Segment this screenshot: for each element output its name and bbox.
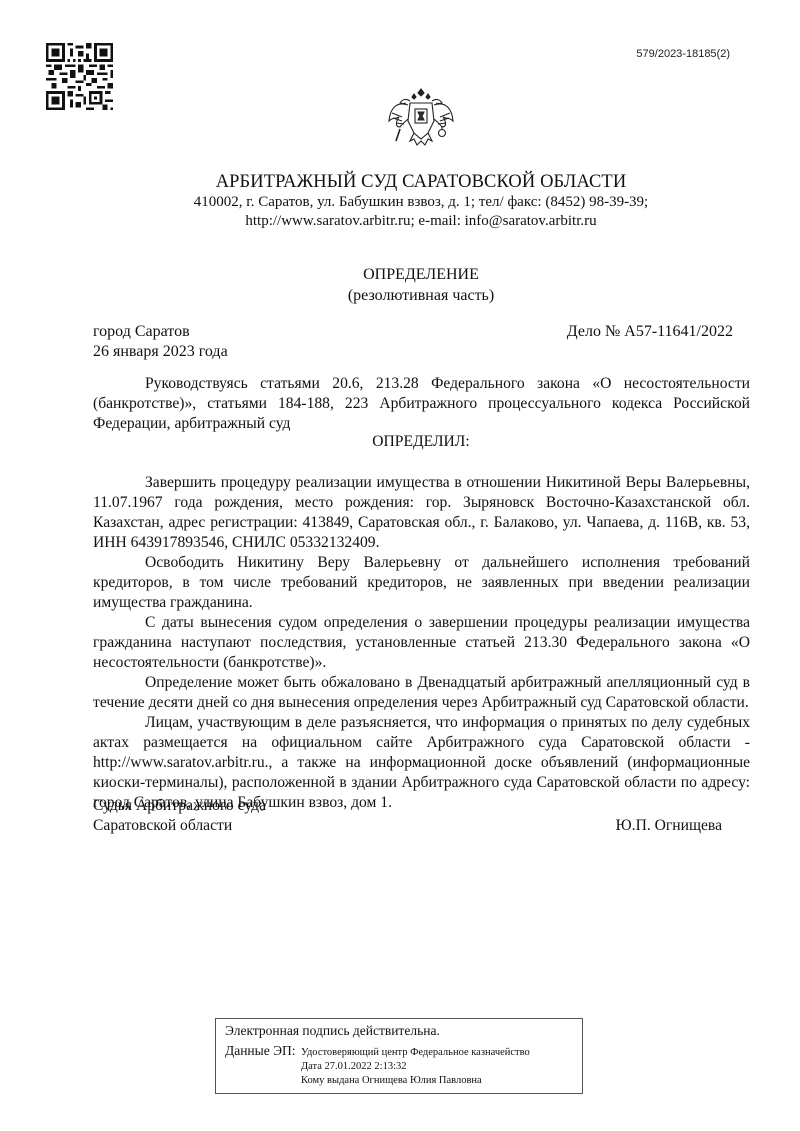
court-address: 410002, г. Саратов, ул. Бабушкин взвоз, … — [0, 194, 800, 211]
case-number: Дело № А57-11641/2022 — [567, 323, 733, 341]
signature-details: Удостоверяющий центр Федеральное казначе… — [301, 1046, 530, 1088]
signature-issued-to: Кому выдана Огнищева Юлия Павловна — [301, 1074, 530, 1088]
preamble-text: Руководствуясь статьями 20.6, 213.28 Фед… — [93, 374, 750, 434]
paragraph-appeal: Определение может быть обжаловано в Двен… — [93, 673, 750, 713]
paragraph-completion: Завершить процедуру реализации имущества… — [93, 473, 750, 553]
judge-name: Ю.П. Огнищева — [616, 817, 722, 835]
document-title: ОПРЕДЕЛЕНИЕ — [0, 266, 800, 284]
electronic-signature-box: Электронная подпись действительна. Данны… — [215, 1018, 583, 1094]
resolution-body: Завершить процедуру реализации имущества… — [93, 473, 750, 813]
judge-position-line1: Судья Арбитражного суда — [93, 797, 266, 815]
decided-heading: ОПРЕДЕЛИЛ: — [0, 433, 800, 451]
court-name: АРБИТРАЖНЫЙ СУД САРАТОВСКОЙ ОБЛАСТИ — [0, 172, 800, 193]
russian-coat-of-arms-icon — [386, 87, 456, 151]
qr-code-icon — [46, 43, 113, 110]
paragraph-release: Освободить Никитину Веру Валерьевну от д… — [93, 553, 750, 613]
city: город Саратов — [93, 323, 190, 341]
signature-data-label: Данные ЭП: — [225, 1043, 296, 1059]
court-contacts: http://www.saratov.arbitr.ru; e-mail: in… — [0, 213, 800, 230]
signature-valid-text: Электронная подпись действительна. — [225, 1023, 440, 1039]
paragraph-consequences: С даты вынесения судом определения о зав… — [93, 613, 750, 673]
preamble: Руководствуясь статьями 20.6, 213.28 Фед… — [93, 374, 750, 434]
document-subtitle: (резолютивная часть) — [0, 287, 800, 305]
judge-position-line2: Саратовской области — [93, 817, 232, 835]
signature-date: Дата 27.01.2022 2:13:32 — [301, 1060, 530, 1074]
signature-issuer: Удостоверяющий центр Федеральное казначе… — [301, 1046, 530, 1060]
decision-date: 26 января 2023 года — [93, 343, 228, 361]
document-id: 579/2023-18185(2) — [636, 48, 730, 60]
